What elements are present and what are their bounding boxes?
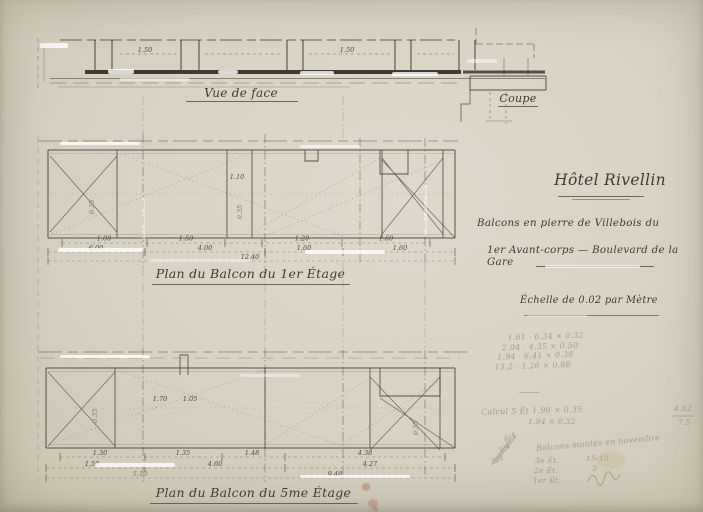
dimension-label: 0.35 xyxy=(91,409,99,423)
pencil-dash xyxy=(519,392,539,393)
dimension-label: 1.60 xyxy=(297,244,311,252)
dimension-label: 12.40 xyxy=(241,253,260,261)
dimension-label: 1.60 xyxy=(393,244,407,252)
title-underline xyxy=(558,196,644,197)
plan1-caption: Plan du Balcon du 1er Étage xyxy=(148,266,353,281)
dimension-label: 1.20 xyxy=(295,235,309,243)
title-underline-2 xyxy=(572,199,630,200)
scale-underline xyxy=(524,315,659,316)
dimension-label: 1.50 xyxy=(138,46,152,54)
dimension-label: 0.35 xyxy=(236,205,244,219)
subject-line-2: 1er Avant-corps — Boulevard de la Gare xyxy=(487,244,692,268)
section-caption: Coupe xyxy=(496,92,540,105)
dimension-label: 1.10 xyxy=(230,173,244,181)
pencil-fraction-denominator: 7.5 xyxy=(678,418,700,427)
dimension-label: 1.60 xyxy=(379,235,393,243)
signature-scribble xyxy=(588,472,620,486)
pencil-list-row: 1er Ét. xyxy=(533,476,577,485)
dimension-label: 1.30 xyxy=(93,449,107,457)
plan5-linework xyxy=(38,348,470,482)
dimension-label: 1.35 xyxy=(176,449,190,457)
dimension-label: 1.50 xyxy=(340,46,354,54)
drawing-sheet: 1.50 1.50 1.10 0.35 0.35 1.00 1.50 1.20 … xyxy=(0,0,703,512)
section-linework xyxy=(461,28,546,124)
pencil-list-value: 3 xyxy=(592,464,612,473)
dimension-label: 1.48 xyxy=(245,449,259,457)
dimension-label: 5.10 xyxy=(133,470,147,478)
dimension-label: 1.50 xyxy=(179,235,193,243)
scale-note: Échelle de 0.02 par Mètre xyxy=(520,295,685,306)
dimension-label: 4.60 xyxy=(207,460,222,468)
sheet-title: Hôtel Rivellin xyxy=(540,171,680,189)
caption-underline xyxy=(150,503,358,504)
pencil-list-value: 15-10 xyxy=(586,454,622,463)
elevation-linework xyxy=(38,38,545,88)
dimension-label: 4.38 xyxy=(357,449,372,457)
caption-underline xyxy=(498,106,538,107)
subject-line-1: Balcons en pierre de Villebois du xyxy=(477,217,687,229)
pencil-list-row: 2e Ét. xyxy=(534,466,578,475)
subject-underline xyxy=(536,266,654,267)
dimension-label: 4.00 xyxy=(197,244,212,252)
caption-underline xyxy=(186,101,298,102)
dimension-label: 6.00 xyxy=(89,244,103,252)
dimension-label: 1.50 xyxy=(85,460,99,468)
dimension-label: 9.48 xyxy=(328,470,342,478)
elevation-caption: Vue de face xyxy=(183,86,299,100)
dimension-label: 0.35 xyxy=(412,421,420,435)
plan5-caption: Plan du Balcon du 5me Étage xyxy=(146,485,361,500)
pencil-calculations: 1.61 · 6.34 × 0.32 2.04 · 4.35 × 0.50 1.… xyxy=(493,328,649,371)
pencil-list-row: 3e Ét. xyxy=(535,456,579,465)
dimension-label: 1.70 xyxy=(153,395,167,403)
caption-underline xyxy=(152,284,350,285)
dimension-label: 1.00 xyxy=(97,235,111,243)
dimension-label: 0.35 xyxy=(88,200,96,214)
dimension-label: 4.27 xyxy=(362,460,378,468)
pencil-calc-note-2: 1.94 × 0.32 xyxy=(528,417,638,426)
pencil-fraction-numerator: 4.62 xyxy=(674,404,700,413)
dimension-label: 1.05 xyxy=(183,395,197,403)
